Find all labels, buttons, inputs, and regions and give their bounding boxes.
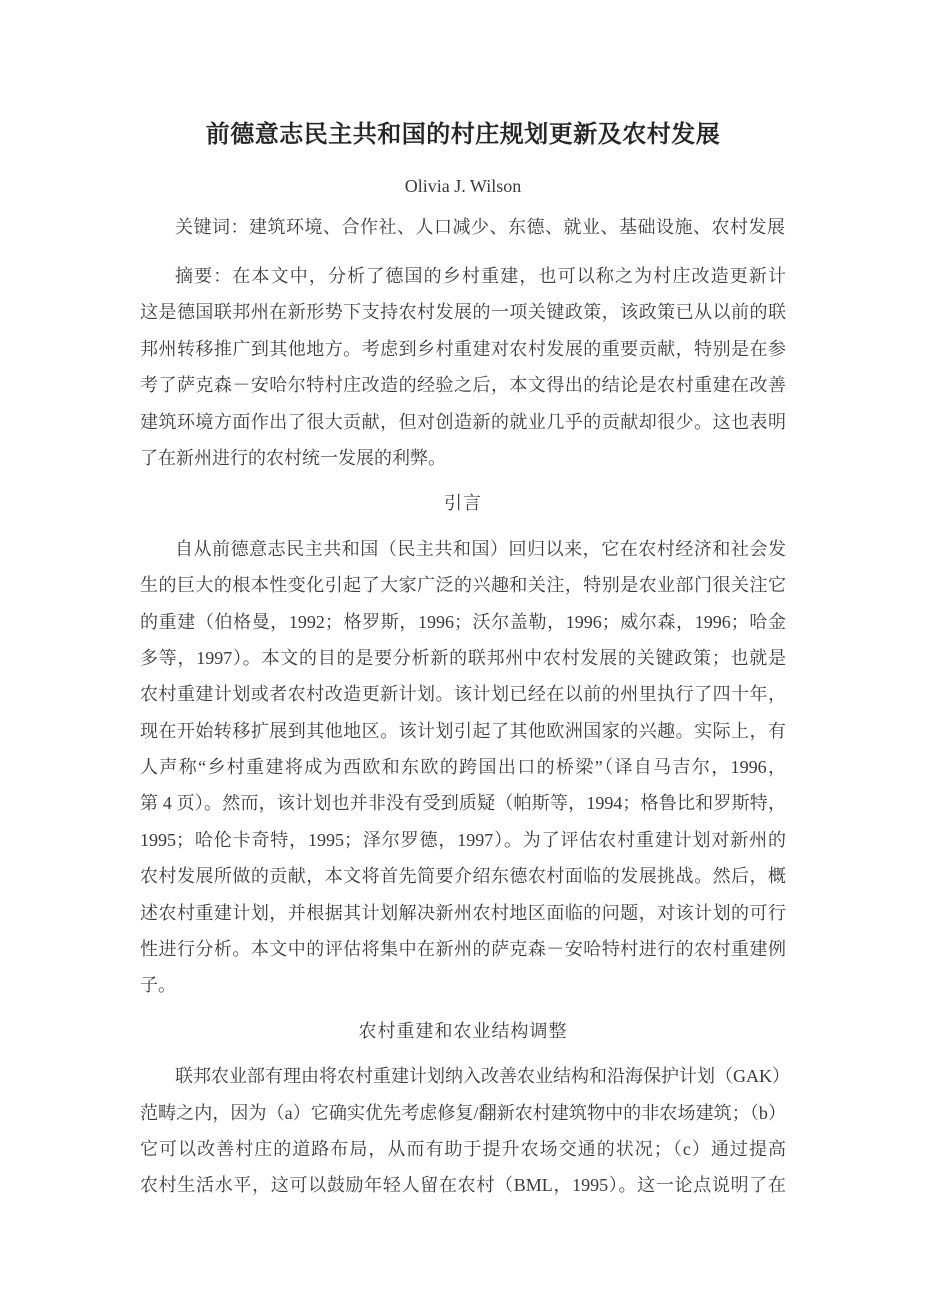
text-line: 建筑环境方面作出了很大贡献，但对创造新的就业几乎的贡献却很少。这也表明 — [140, 404, 786, 440]
text-line: 1995；哈伦卡奇特，1995；泽尔罗德，1997）。为了评估农村重建计划对新州… — [140, 822, 786, 858]
text-line: 这是德国联邦州在新形势下支持农村发展的一项关键政策，该政策已从以前的联 — [140, 294, 786, 330]
text-line: 它可以改善村庄的道路布局，从而有助于提升农场交通的状况；（c）通过提高 — [140, 1131, 786, 1167]
text-line: 的重建（伯格曼，1992；格罗斯，1996；沃尔盖勒，1996；威尔森，1996… — [140, 604, 786, 640]
text-line: 考了萨克森－安哈尔特村庄改造的经验之后，本文得出的结论是农村重建在改善 — [140, 367, 786, 403]
text-line: 范畴之内，因为（a）它确实优先考虑修复/翻新农村建筑物中的非农场建筑；（b） — [140, 1095, 786, 1131]
document-page: 前德意志民主共和国的村庄规划更新及农村发展 Olivia J. Wilson 关… — [0, 0, 926, 1309]
document-title: 前德意志民主共和国的村庄规划更新及农村发展 — [140, 120, 786, 150]
text-line: 摘要：在本文中，分析了德国的乡村重建，也可以称之为村庄改造更新计划， — [140, 258, 786, 294]
text-line: 性进行分析。本文中的评估将集中在新州的萨克森－安哈特村进行的农村重建例 — [140, 931, 786, 967]
rural-rebuild-heading: 农村重建和农业结构调整 — [140, 1013, 786, 1049]
document-blocks: 摘要：在本文中，分析了德国的乡村重建，也可以称之为村庄改造更新计划，这是德国联邦… — [140, 258, 786, 1204]
text-line: 生的巨大的根本性变化引起了大家广泛的兴趣和关注，特别是农业部门很关注它 — [140, 567, 786, 603]
text-line: 农村生活水平，这可以鼓励年轻人留在农村（BML，1995）。这一论点说明了在 — [140, 1167, 786, 1203]
text-line: 现在开始转移扩展到其他地区。该计划引起了其他欧洲国家的兴趣。实际上，有 — [140, 713, 786, 749]
keywords-line: 关键词：建筑环境、合作社、人口减少、东德、就业、基础设施、农村发展 — [140, 214, 786, 240]
text-line: 述农村重建计划，并根据其计划解决新州农村地区面临的问题，对该计划的可行 — [140, 895, 786, 931]
document-content: 前德意志民主共和国的村庄规划更新及农村发展 Olivia J. Wilson 关… — [140, 0, 786, 1204]
text-line: 人声称“乡村重建将成为西欧和东欧的跨国出口的桥梁”（译自马吉尔，1996， — [140, 749, 786, 785]
text-line: 子。 — [140, 967, 786, 1003]
author-line: Olivia J. Wilson — [140, 174, 786, 198]
text-line: 农村重建计划或者农村改造更新计划。该计划已经在以前的州里执行了四十年， — [140, 676, 786, 712]
introduction-paragraph: 自从前德意志民主共和国（民主共和国）回归以来，它在农村经济和社会发生的巨大的根本… — [140, 531, 786, 1004]
text-line: 第 4 页）。然而，该计划也并非没有受到质疑（帕斯等，1994；格鲁比和罗斯特， — [140, 785, 786, 821]
rural-rebuild-paragraph: 联邦农业部有理由将农村重建计划纳入改善农业结构和沿海保护计划（GAK）范畴之内，… — [140, 1058, 786, 1204]
text-line: 联邦农业部有理由将农村重建计划纳入改善农业结构和沿海保护计划（GAK） — [140, 1058, 786, 1094]
abstract-paragraph: 摘要：在本文中，分析了德国的乡村重建，也可以称之为村庄改造更新计划，这是德国联邦… — [140, 258, 786, 476]
text-line: 邦州转移推广到其他地方。考虑到乡村重建对农村发展的重要贡献，特别是在参 — [140, 331, 786, 367]
text-line: 了在新州进行的农村统一发展的利弊。 — [140, 440, 786, 476]
text-line: 自从前德意志民主共和国（民主共和国）回归以来，它在农村经济和社会发 — [140, 531, 786, 567]
text-line: 农村发展所做的贡献，本文将首先简要介绍东德农村面临的发展挑战。然后，概 — [140, 858, 786, 894]
introduction-heading: 引言 — [140, 485, 786, 521]
text-line: 多等，1997）。本文的目的是要分析新的联邦州中农村发展的关键政策；也就是 — [140, 640, 786, 676]
